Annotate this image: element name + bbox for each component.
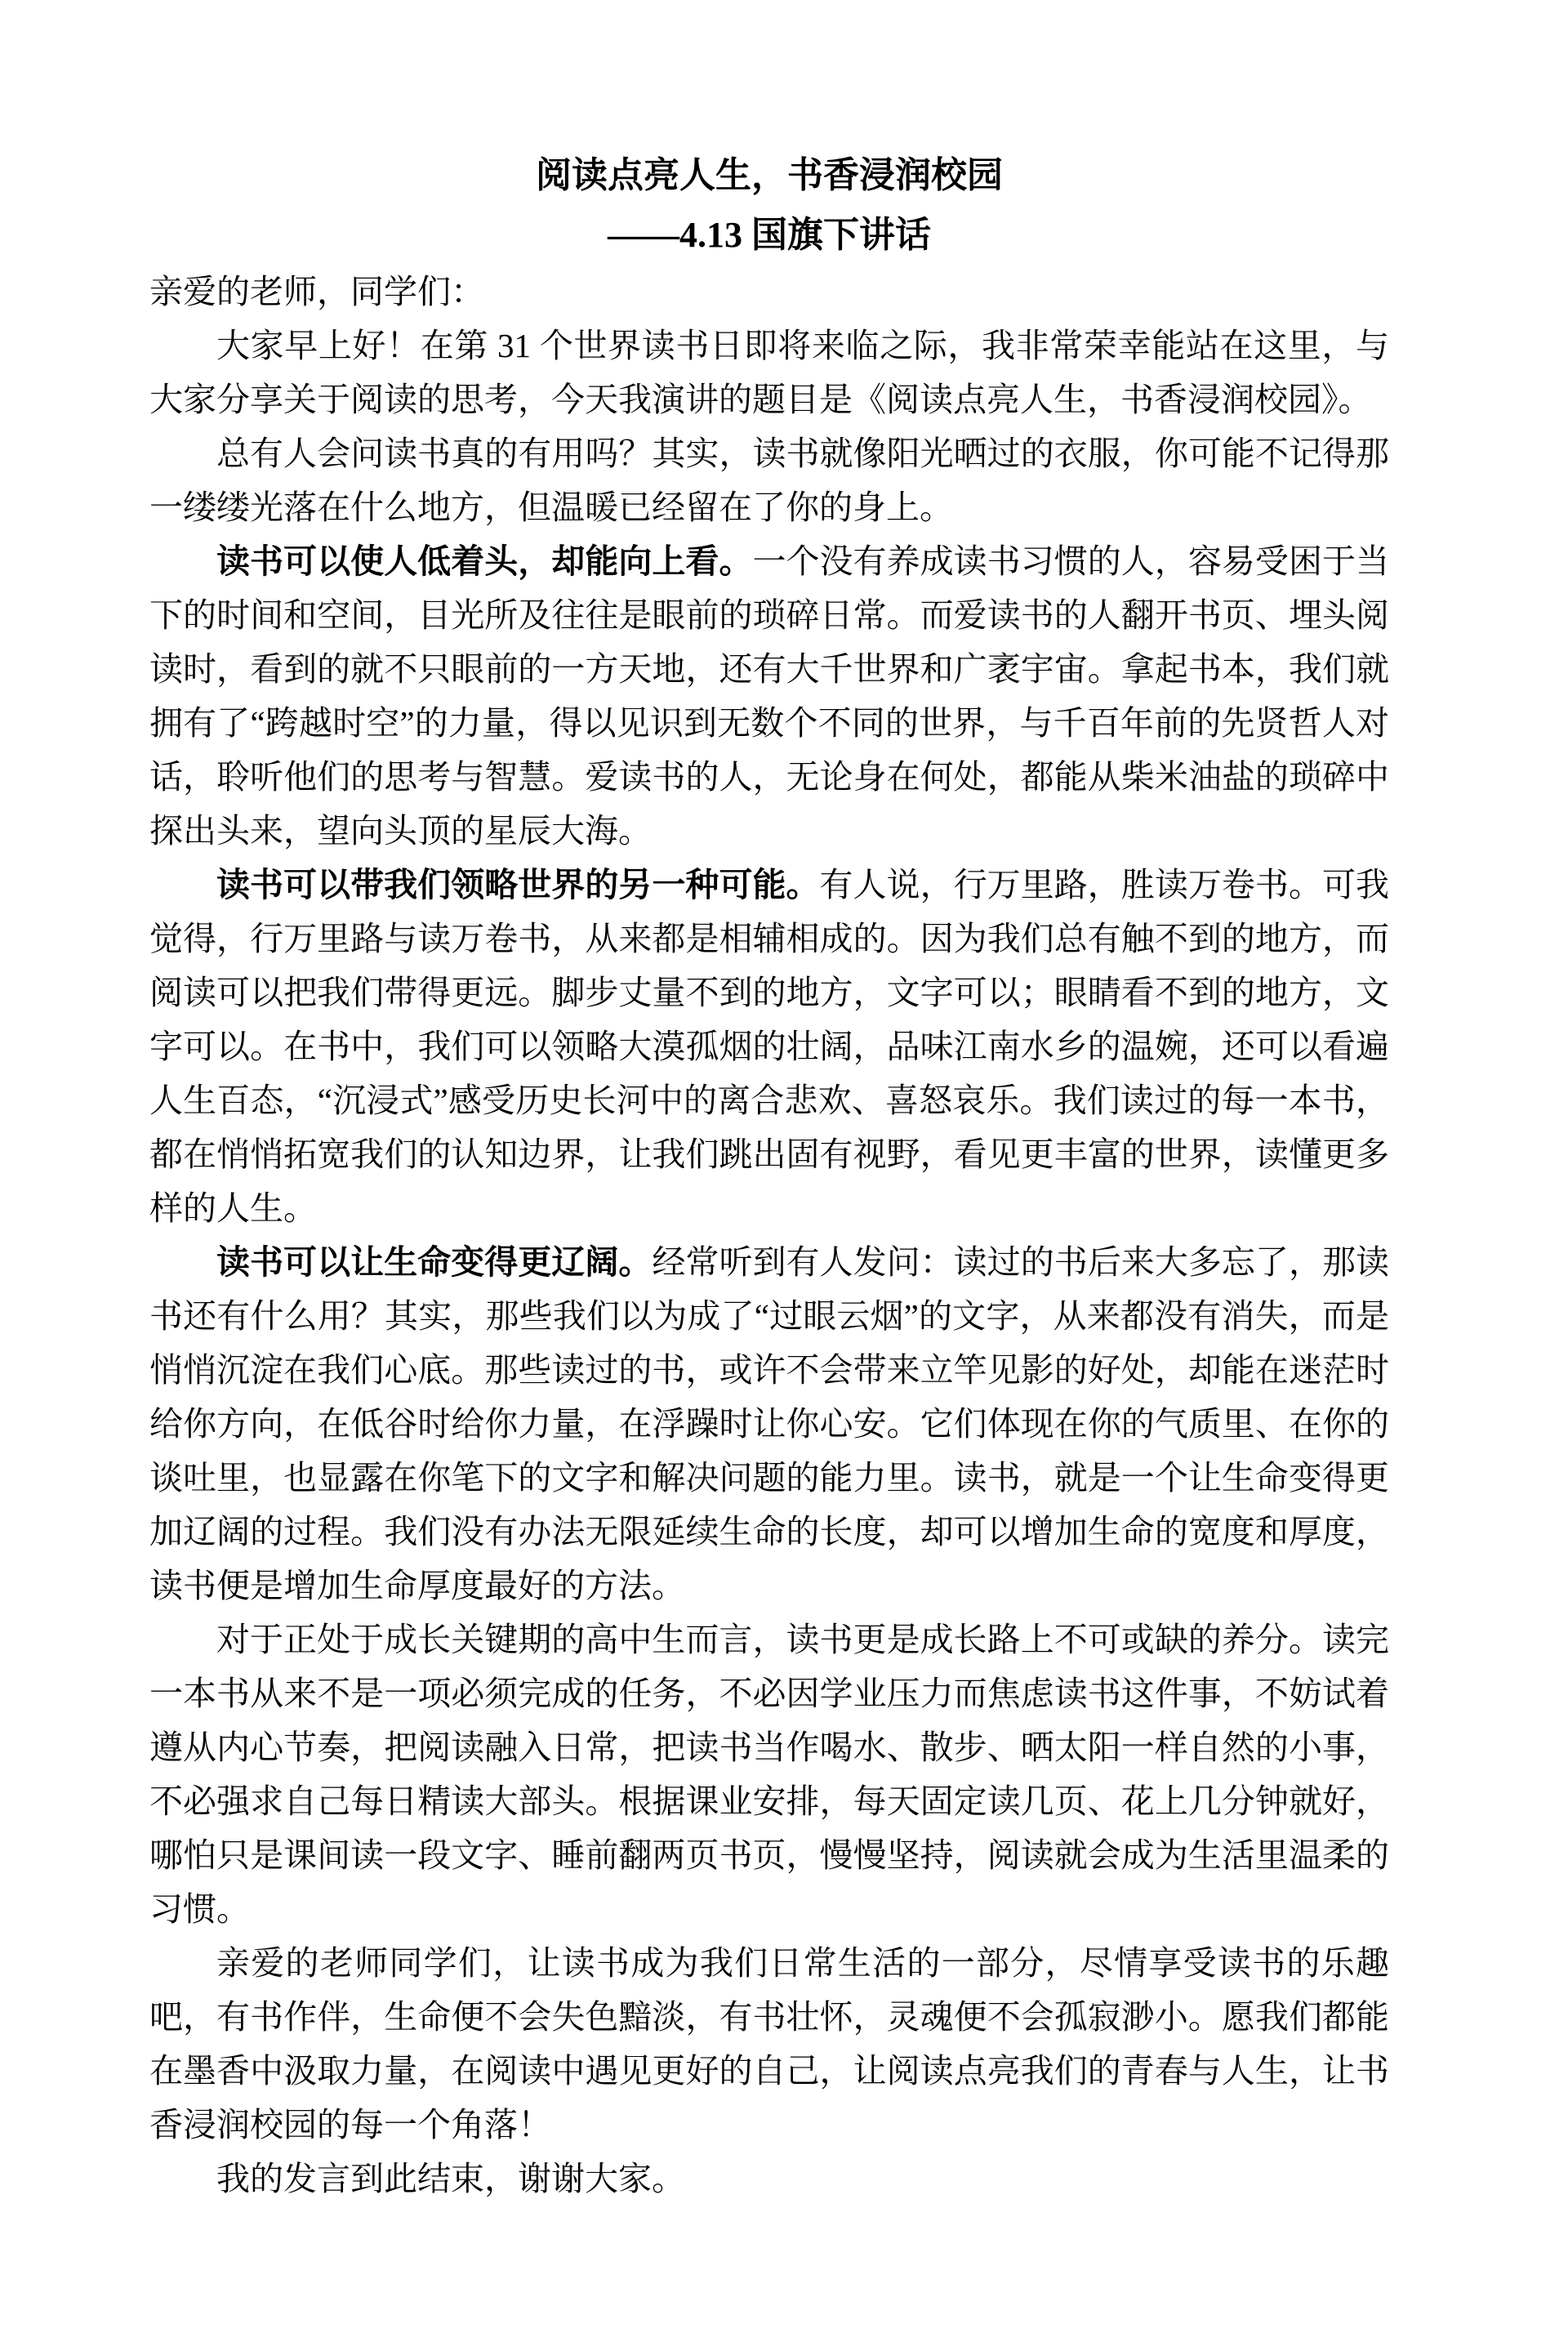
paragraph-text: 有人说，行万里路，胜读万卷书。可我觉得，行万里路与读万卷书，从来都是相辅相成的。… <box>149 866 1389 1227</box>
paragraph-text: 一个没有养成读书习惯的人，容易受困于当下的时间和空间，目光所及往往是眼前的琐碎日… <box>149 542 1389 850</box>
paragraph: 对于正处于成长关键期的高中生而言，读书更是成长路上不可或缺的养分。读完一本书从来… <box>149 1613 1389 1936</box>
paragraph: 总有人会问读书真的有用吗？其实，读书就像阳光晒过的衣服，你可能不记得那一缕缕光落… <box>149 426 1389 534</box>
document-body: 亲爱的老师，同学们： 大家早上好！在第 31 个世界读书日即将来临之际，我非常荣… <box>149 265 1389 2206</box>
paragraph-lead: 读书可以使人低着头，却能向上看。 <box>216 542 752 580</box>
paragraph: 读书可以让生命变得更辽阔。经常听到有人发问：读过的书后来大多忘了，那读书还有什么… <box>149 1235 1389 1613</box>
paragraph: 亲爱的老师同学们，让读书成为我们日常生活的一部分，尽情享受读书的乐趣吧，有书作伴… <box>149 1936 1389 2152</box>
paragraph-lead: 读书可以带我们领略世界的另一种可能。 <box>216 866 820 903</box>
paragraph-text: 我的发言到此结束，谢谢大家。 <box>216 2160 685 2197</box>
paragraph-text: 对于正处于成长关键期的高中生而言，读书更是成长路上不可或缺的养分。读完一本书从来… <box>149 1621 1389 1928</box>
paragraph-text: 经常听到有人发问：读过的书后来大多忘了，那读书还有什么用？其实，那些我们以为成了… <box>149 1243 1389 1604</box>
salutation: 亲爱的老师，同学们： <box>149 265 1389 319</box>
paragraph-text: 大家早上好！在第 31 个世界读书日即将来临之际，我非常荣幸能站在这里，与大家分… <box>149 327 1389 418</box>
paragraph-text: 亲爱的老师同学们，让读书成为我们日常生活的一部分，尽情享受读书的乐趣吧，有书作伴… <box>149 1944 1389 2143</box>
paragraph: 大家早上好！在第 31 个世界读书日即将来临之际，我非常荣幸能站在这里，与大家分… <box>149 319 1389 426</box>
doc-subtitle: ——4.13 国旗下讲话 <box>149 205 1389 265</box>
paragraph-lead: 读书可以让生命变得更辽阔。 <box>216 1243 652 1281</box>
doc-title: 阅读点亮人生，书香浸润校园 <box>149 145 1389 205</box>
paragraph: 我的发言到此结束，谢谢大家。 <box>149 2152 1389 2206</box>
paragraph: 读书可以使人低着头，却能向上看。一个没有养成读书习惯的人，容易受困于当下的时间和… <box>149 534 1389 858</box>
document-content: 阅读点亮人生，书香浸润校园 ——4.13 国旗下讲话 亲爱的老师，同学们： 大家… <box>149 145 1389 2206</box>
paragraph-list: 大家早上好！在第 31 个世界读书日即将来临之际，我非常荣幸能站在这里，与大家分… <box>149 319 1389 2206</box>
paragraph-text: 总有人会问读书真的有用吗？其实，读书就像阳光晒过的衣服，你可能不记得那一缕缕光落… <box>149 435 1389 526</box>
paragraph: 读书可以带我们领略世界的另一种可能。有人说，行万里路，胜读万卷书。可我觉得，行万… <box>149 858 1389 1235</box>
